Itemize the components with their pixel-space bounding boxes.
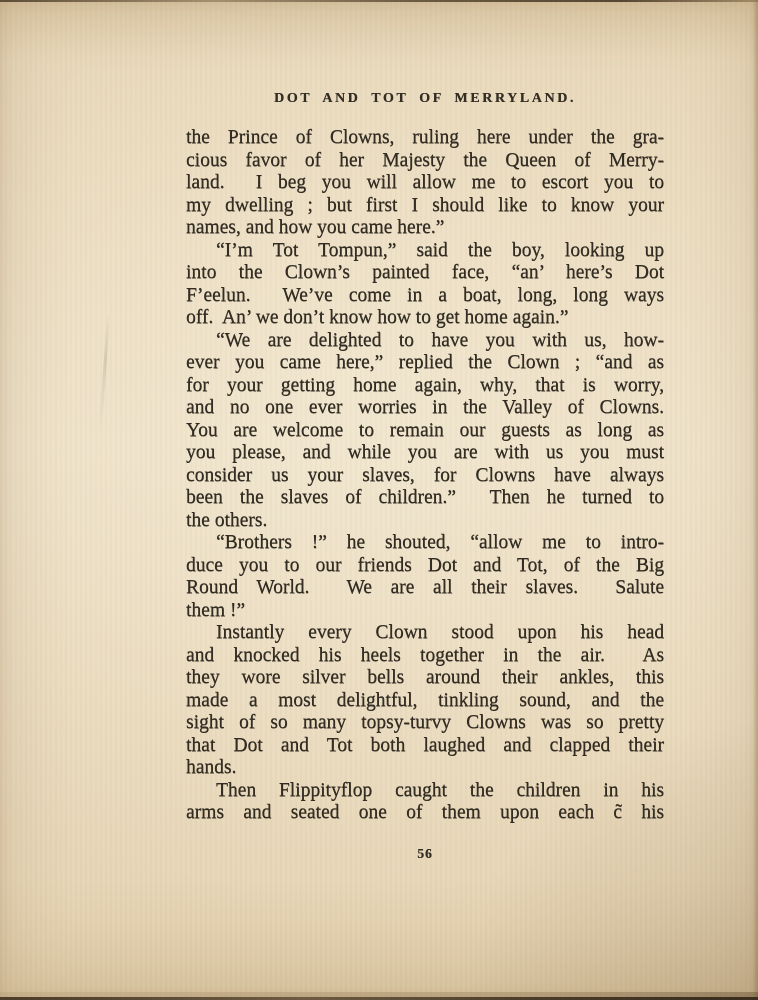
text-line: them !” bbox=[186, 600, 664, 623]
text-line: F’eelun. We’ve come in a boat, long, lon… bbox=[186, 285, 664, 308]
text-line: You are welcome to remain our guests as … bbox=[186, 420, 664, 443]
text-line: been the slaves of children.” Then he tu… bbox=[186, 487, 664, 510]
text-line: made a most delightful, tinkling sound, … bbox=[186, 690, 664, 713]
page-number: 56 bbox=[186, 846, 664, 862]
text-line: the Prince of Clowns, ruling here under … bbox=[186, 127, 664, 150]
text-line: names, and how you came here.” bbox=[186, 217, 664, 240]
text-line: you please, and while you are with us yo… bbox=[186, 442, 664, 465]
paper-crease bbox=[99, 312, 110, 432]
text-line: hands. bbox=[186, 757, 664, 780]
text-line: “Brothers !” he shouted, “allow me to in… bbox=[186, 532, 664, 555]
text-line: Then Flippityflop caught the children in… bbox=[186, 780, 664, 803]
scan-edge-right bbox=[752, 0, 758, 1000]
text-line: and knocked his heels together in the ai… bbox=[186, 645, 664, 668]
text-line: the others. bbox=[186, 510, 664, 533]
text-line: ever you came here,” replied the Clown ;… bbox=[186, 352, 664, 375]
text-line: duce you to our friends Dot and Tot, of … bbox=[186, 555, 664, 578]
text-line: “We are delighted to have you with us, h… bbox=[186, 330, 664, 353]
text-line: sight of so many topsy-turvy Clowns was … bbox=[186, 712, 664, 735]
running-header: DOT AND TOT OF MERRYLAND. bbox=[186, 91, 664, 107]
text-line: and no one ever worries in the Valley of… bbox=[186, 397, 664, 420]
text-line: arms and seated one of them upon each c̃… bbox=[186, 802, 664, 825]
text-line: for your getting home again, why, that i… bbox=[186, 375, 664, 398]
text-line: Round World. We are all their slaves. Sa… bbox=[186, 577, 664, 600]
text-line: into the Clown’s painted face, “an’ here… bbox=[186, 262, 664, 285]
text-line: consider us your slaves, for Clowns have… bbox=[186, 465, 664, 488]
text-line: they wore silver bells around their ankl… bbox=[186, 667, 664, 690]
text-line: off. An’ we don’t know how to get home a… bbox=[186, 307, 664, 330]
book-page-scan: DOT AND TOT OF MERRYLAND. the Prince of … bbox=[0, 0, 758, 1000]
text-line: that Dot and Tot both laughed and clappe… bbox=[186, 735, 664, 758]
body-text: the Prince of Clowns, ruling here under … bbox=[186, 127, 664, 825]
text-line: “I’m Tot Tompun,” said the boy, looking … bbox=[186, 240, 664, 263]
text-column: DOT AND TOT OF MERRYLAND. the Prince of … bbox=[186, 0, 664, 1000]
text-line: land. I beg you will allow me to escort … bbox=[186, 172, 664, 195]
text-line: my dwelling ; but first I should like to… bbox=[186, 195, 664, 218]
text-line: Instantly every Clown stood upon his hea… bbox=[186, 622, 664, 645]
text-line: cious favor of her Majesty the Queen of … bbox=[186, 150, 664, 173]
